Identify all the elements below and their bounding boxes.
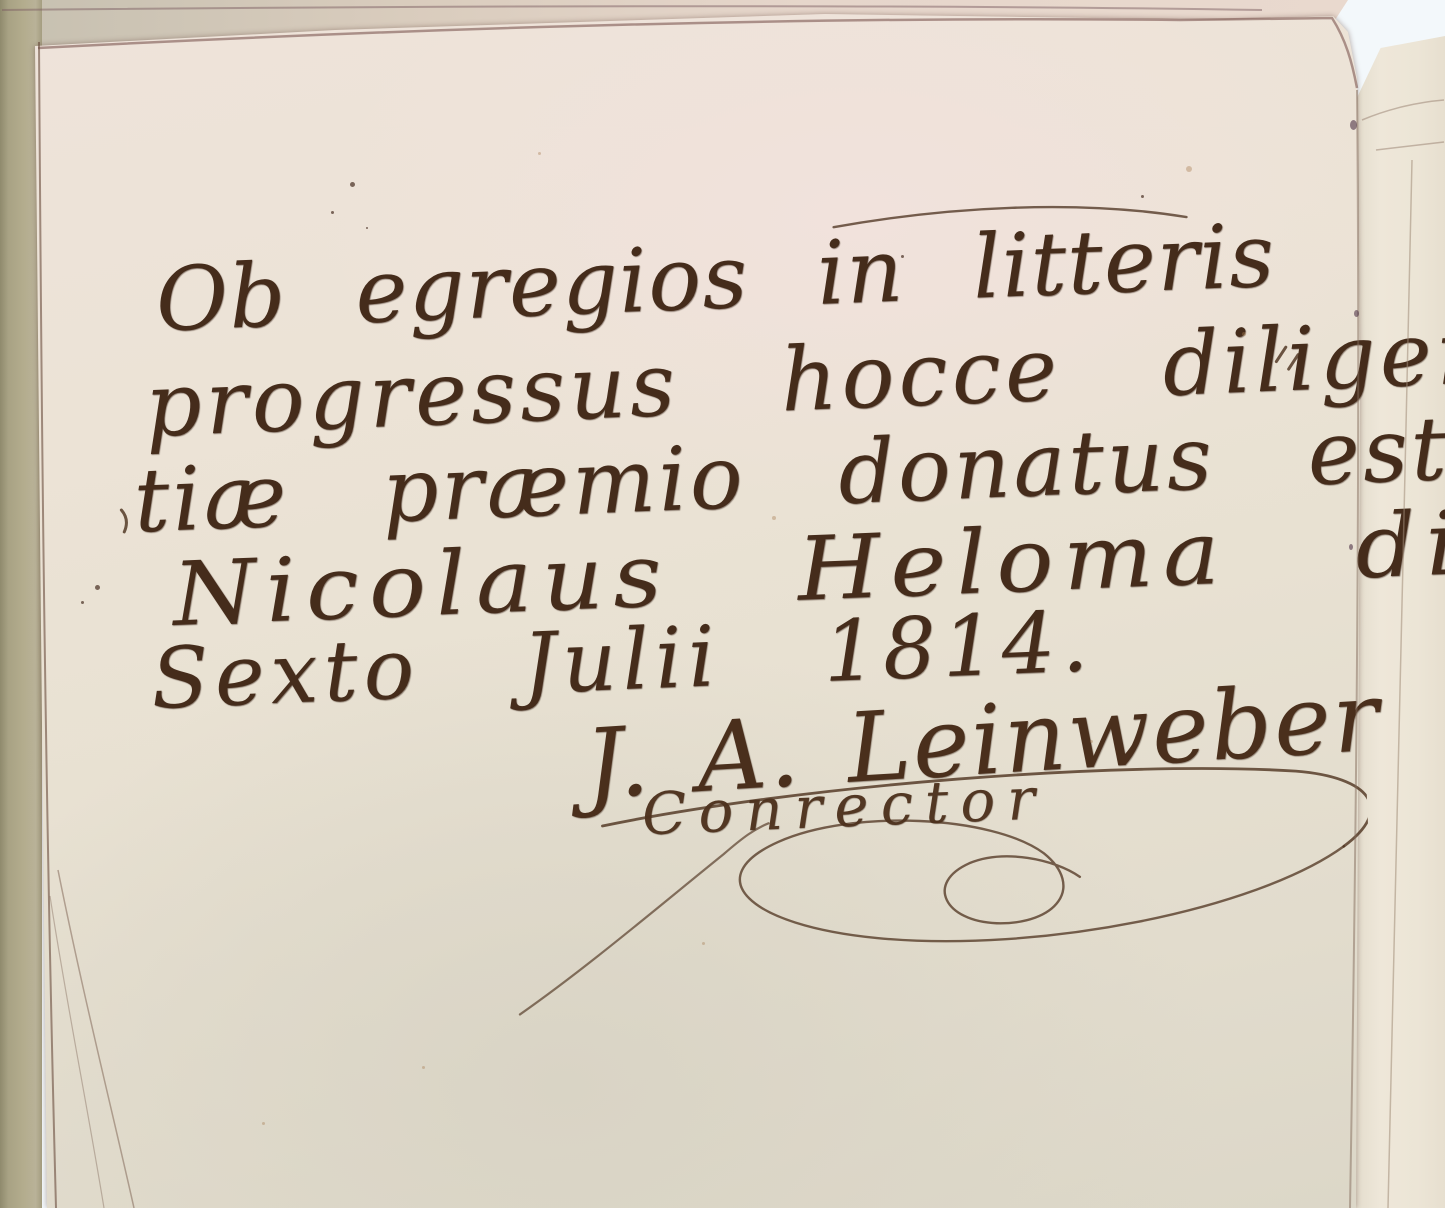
signature-title: Conrector <box>641 769 1048 843</box>
inscription-block: Ob egregios in litteris progressus hocce… <box>9 0 1381 1208</box>
book-photo: Ob egregios in litteris progressus hocce… <box>0 0 1445 1208</box>
